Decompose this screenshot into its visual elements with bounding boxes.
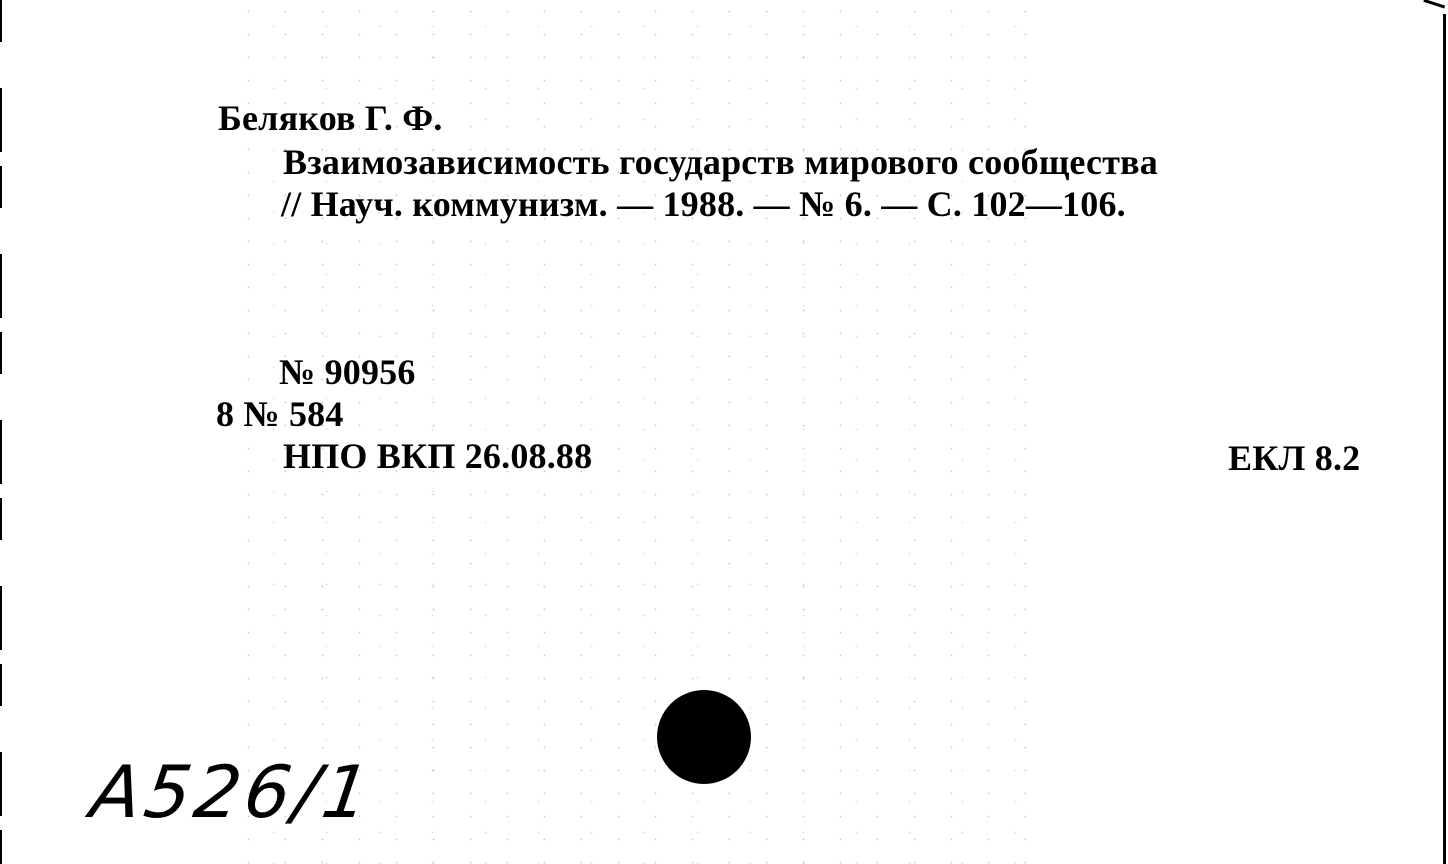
inventory-number: 8 № 584 [216, 394, 344, 434]
processing-stamp: НПО ВКП 26.08.88 [283, 436, 592, 476]
handwritten-call-number: А526/1 [86, 752, 378, 832]
source-citation: // Науч. коммунизм. — 1988. — № 6. — С. … [281, 184, 1126, 224]
work-title: Взаимозависимость государств мирового со… [283, 142, 1158, 182]
accession-number: № 90956 [279, 352, 416, 392]
punch-hole-icon [657, 690, 751, 784]
author-heading: Беляков Г. Ф. [218, 98, 443, 138]
classification-code: ЕКЛ 8.2 [1228, 438, 1360, 478]
card-right-edge [1443, 14, 1446, 864]
catalog-card: Беляков Г. Ф. Взаимозависимость государс… [0, 0, 1448, 864]
card-left-edge [0, 0, 2, 864]
corner-scan-artifact [1421, 0, 1445, 16]
